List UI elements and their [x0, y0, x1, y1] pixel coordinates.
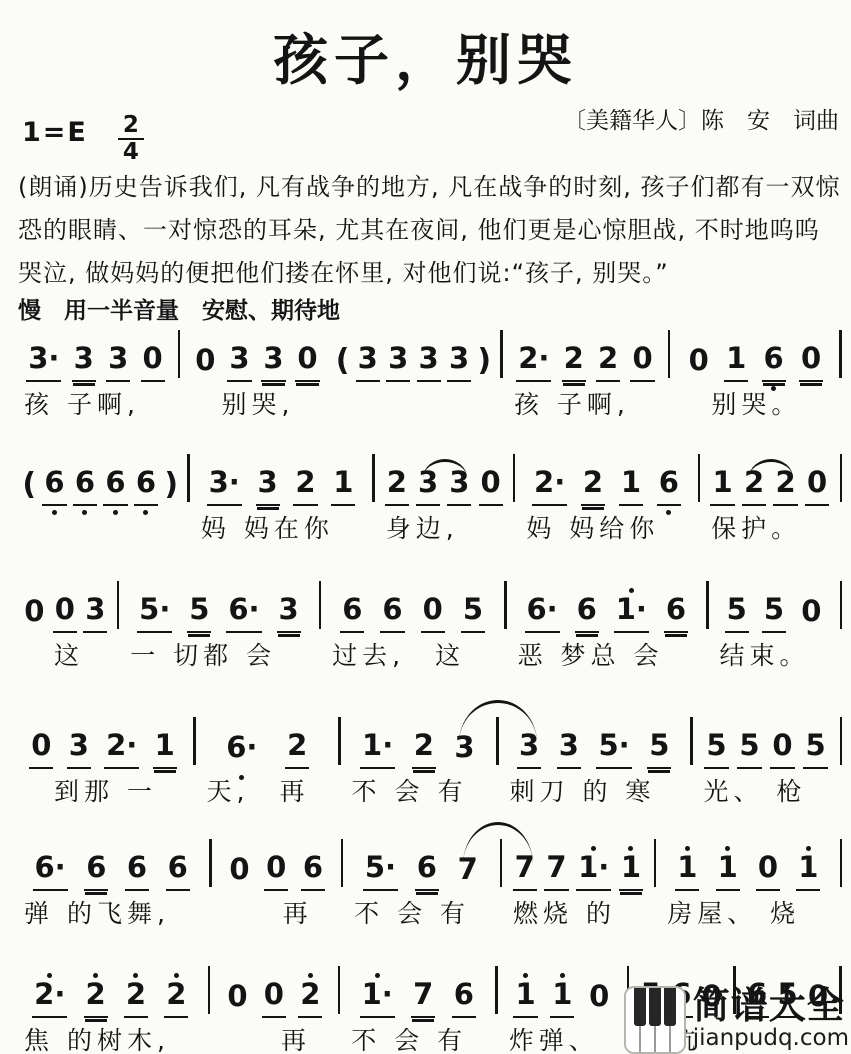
note: 1	[724, 343, 748, 382]
note: 2	[385, 467, 409, 506]
measure: 6·666弹 的飞舞,	[16, 837, 206, 928]
barline	[654, 839, 657, 887]
barline	[840, 454, 843, 502]
measure: 3·321妈 妈在你	[193, 452, 369, 543]
note: 2	[562, 343, 586, 382]
note: 1·	[576, 852, 611, 891]
lyric-line: 结束。	[712, 636, 837, 670]
note: 5	[737, 730, 761, 769]
note: 3	[256, 467, 280, 506]
measure: (3333)	[329, 328, 497, 419]
note: 5	[803, 730, 827, 769]
score-system: 032·1 到那 一6·2天, 再1·23不 会 有335·5刺刀 的 寒550…	[16, 715, 845, 806]
note: 0	[141, 343, 165, 382]
note: 6·	[226, 594, 261, 633]
lyric-line	[329, 385, 497, 419]
barline	[372, 454, 375, 502]
measure: 6605过去, 这	[324, 579, 501, 670]
score-system: (6666)3·321妈 妈在你2330身边,2·216妈 妈给你1220保护。	[16, 452, 845, 543]
score-system: 003 这5·56·3一 切都 会6605过去, 这6·61·6恶 梦总 会55…	[16, 579, 845, 670]
note: 6	[380, 594, 404, 633]
note: 6	[657, 467, 681, 506]
note: 5	[187, 594, 211, 633]
note: 1	[716, 852, 740, 891]
measure: 2·222焦 的树木,	[16, 964, 205, 1054]
notes-row: 550	[712, 579, 837, 633]
note: 3·	[26, 343, 61, 382]
note: 6	[762, 343, 786, 382]
note: 6	[575, 594, 599, 633]
notes-row: 3·321	[193, 452, 369, 506]
note: 1	[153, 730, 177, 769]
parenthesis: (	[336, 345, 350, 382]
note: 0	[687, 345, 711, 382]
note: 0	[770, 730, 794, 769]
note: 5	[647, 730, 671, 769]
note: 0	[587, 981, 611, 1018]
barline	[706, 581, 709, 629]
lyric-line: 不 会 有	[344, 772, 493, 806]
barline	[209, 839, 212, 887]
barline	[338, 717, 341, 765]
note: 2	[581, 467, 605, 506]
measure: 032·1 到那 一	[16, 715, 190, 806]
note: 3	[356, 343, 380, 382]
song-title: 孩子，别哭	[0, 16, 851, 95]
note: 3	[261, 343, 285, 382]
recitation-line: 恐的眼睛、一对惊恐的耳朵, 尤其在夜间, 他们更是心惊胆战, 不时地呜呜	[18, 209, 841, 252]
measure: 1101房屋、 烧	[659, 837, 836, 928]
slur-arc	[463, 822, 533, 865]
note: 3	[227, 343, 251, 382]
notes-row: 110	[501, 964, 624, 1018]
note: 1	[675, 852, 699, 891]
notes-row: 0330	[183, 328, 329, 382]
notes-row: 6·61·6	[510, 579, 703, 633]
note: 3	[447, 343, 471, 382]
note: 3	[557, 730, 581, 769]
time-denominator: 4	[118, 140, 144, 164]
note: 2	[293, 467, 317, 506]
note: 6·	[525, 594, 560, 633]
measure: 6·2天, 再	[199, 715, 336, 806]
note: 6	[452, 979, 476, 1018]
notes-row: (6666)	[16, 452, 184, 506]
lyric-line: 过去, 这	[324, 636, 501, 670]
lyric-line: 刺刀 的 寒	[502, 772, 687, 806]
note: 6·	[33, 852, 68, 891]
notes-row: 2·220	[506, 328, 665, 382]
note: 6	[415, 852, 439, 891]
note: 3	[386, 343, 410, 382]
measure: 2·216妈 妈给你	[518, 452, 694, 543]
barline	[839, 330, 842, 378]
recitation-line: 哭泣, 做妈妈的便把他们搂在怀里, 对他们说:“孩子, 别哭。”	[18, 252, 841, 295]
note: 2·	[516, 343, 551, 382]
note: 2	[298, 979, 322, 1018]
barline	[840, 717, 843, 765]
barline	[840, 581, 843, 629]
note: 6	[84, 852, 108, 891]
note: 0	[799, 596, 823, 633]
notes-row: 2·222	[16, 964, 205, 1018]
note: 0	[262, 979, 286, 1018]
note: 5·	[596, 730, 631, 769]
note: 0	[225, 981, 249, 1018]
time-numerator: 2	[118, 114, 144, 140]
lyric-line: 妈 妈在你	[193, 509, 369, 543]
lyric-line: 保护。	[703, 509, 836, 543]
piano-keys-icon	[624, 986, 686, 1054]
note: 7	[411, 979, 435, 1018]
lyric-line: 孩 子啊,	[506, 385, 665, 419]
barline	[513, 454, 516, 502]
note: 0	[805, 467, 829, 506]
lyric-line: 光、 枪	[696, 772, 837, 806]
note: 1	[513, 979, 537, 1018]
note: 6	[301, 852, 325, 891]
recitation-line: (朗诵)历史告诉我们, 凡有战争的地方, 凡在战争的时刻, 孩子们都有一双惊	[18, 166, 841, 209]
note: 3	[417, 343, 441, 382]
note: 5	[461, 594, 485, 633]
score-system: 3·330孩 子啊,0330 别哭,(3333)2·220孩 子啊,0160 别…	[16, 328, 845, 419]
note: 0	[630, 343, 654, 382]
barline	[840, 839, 843, 887]
barline	[668, 330, 671, 378]
barline	[178, 330, 181, 378]
measure: 5·56·3一 切都 会	[122, 579, 315, 670]
score: 3·330孩 子啊,0330 别哭,(3333)2·220孩 子啊,0160 别…	[16, 326, 845, 1054]
measure: 0330 别哭,	[183, 328, 329, 419]
note: 1	[550, 979, 574, 1018]
score-system: 6·666弹 的飞舞,006 再5·67不 会 有771·1燃烧 的1101房屋…	[16, 837, 845, 928]
barline	[690, 717, 693, 765]
note: 2	[596, 343, 620, 382]
note: 3	[67, 730, 91, 769]
note: 2	[285, 730, 309, 769]
barline	[495, 966, 498, 1014]
barline	[504, 581, 507, 629]
note: 3	[106, 343, 130, 382]
note: 1	[619, 852, 643, 891]
barline	[341, 839, 344, 887]
notes-row: 032·1	[16, 715, 190, 769]
notes-row: 006	[215, 837, 338, 891]
note: 3·	[207, 467, 242, 506]
notes-row: 6·2	[199, 715, 336, 769]
note: 1	[710, 467, 734, 506]
recitation-paragraph: (朗诵)历史告诉我们, 凡有战争的地方, 凡在战争的时刻, 孩子们都有一双惊 恐…	[18, 166, 841, 295]
tempo-marking: 慢 用一半音量 安慰、期待地	[18, 292, 340, 325]
note: 6	[664, 594, 688, 633]
note: 6	[42, 467, 66, 506]
watermark-site-name: 简谱大全	[693, 986, 849, 1026]
note: 5·	[363, 852, 398, 891]
note: 0	[799, 343, 823, 382]
note: 1·	[614, 594, 649, 633]
measure: (6666)	[16, 452, 184, 543]
lyric-line: 别哭,	[183, 385, 329, 419]
note: 0	[227, 854, 251, 891]
measure: 006 再	[215, 837, 338, 928]
lyric-line: 恶 梦总 会	[510, 636, 703, 670]
note: 6·	[224, 732, 259, 769]
note: 2	[164, 979, 188, 1018]
watermark: 简谱大全 jianpudq.com	[624, 986, 849, 1054]
barline	[338, 966, 341, 1014]
note: 6	[103, 467, 127, 506]
lyric-line: 燃烧 的	[505, 894, 651, 928]
lyric-line: 弹 的飞舞,	[16, 894, 206, 928]
lyric-line: 身边,	[378, 509, 510, 543]
lyric-line	[16, 509, 184, 543]
lyric-line: 房屋、 烧	[659, 894, 836, 928]
parenthesis: (	[22, 469, 36, 506]
note: 0	[22, 596, 46, 633]
measure: 002 再	[213, 964, 335, 1054]
note: 6	[166, 852, 190, 891]
note: 0	[479, 467, 503, 506]
note: 6	[125, 852, 149, 891]
note: 6	[73, 467, 97, 506]
note: 1	[331, 467, 355, 506]
barline	[319, 581, 322, 629]
note: 5	[704, 730, 728, 769]
measure: 2·220孩 子啊,	[506, 328, 665, 419]
note: 6	[340, 594, 364, 633]
note: 5	[762, 594, 786, 633]
composer-credit: 〔美籍华人〕陈 安 词曲	[563, 102, 839, 135]
note: 0	[53, 594, 77, 633]
lyric-line: 焦 的树木,	[16, 1021, 205, 1054]
lyric-line: 到那 一	[16, 772, 190, 806]
measure: 5505光、 枪	[696, 715, 837, 806]
note: 2·	[32, 979, 67, 1018]
lyric-line: 不 会 有	[346, 894, 496, 928]
parenthesis: )	[164, 469, 178, 506]
measure: 1·76不 会 有	[343, 964, 492, 1054]
note: 1	[619, 467, 643, 506]
note: 0	[193, 345, 217, 382]
measure: 110炸弹、	[501, 964, 624, 1054]
note: 1	[796, 852, 820, 891]
note: 7	[544, 852, 568, 891]
notes-row: 6·666	[16, 837, 206, 891]
time-signature: 2 4	[118, 114, 144, 164]
measure: 0160 别哭。	[673, 328, 836, 419]
notes-row: 2·216	[518, 452, 694, 506]
lyric-line: 天, 再	[199, 772, 336, 806]
note: 6	[134, 467, 158, 506]
lyric-line: 别哭。	[673, 385, 836, 419]
note: 1·	[360, 979, 395, 1018]
key-label: 1=E	[22, 116, 88, 150]
lyric-line: 孩 子啊,	[16, 385, 175, 419]
note: 2·	[104, 730, 139, 769]
note: 3	[277, 594, 301, 633]
slur-arc	[459, 700, 537, 743]
notes-row: 0160	[673, 328, 836, 382]
measure: 003 这	[16, 579, 114, 670]
notes-row: 5·56·3	[122, 579, 315, 633]
note: 3	[72, 343, 96, 382]
notes-row: (3333)	[329, 328, 497, 382]
note: 0	[295, 343, 319, 382]
note: 0	[264, 852, 288, 891]
note: 2	[124, 979, 148, 1018]
note: 1·	[360, 730, 395, 769]
note: 3	[83, 594, 107, 633]
note: 0	[421, 594, 445, 633]
lyric-line: 再	[213, 1021, 335, 1054]
notes-row: 1·76	[343, 964, 492, 1018]
barline	[193, 717, 196, 765]
notes-row: 5505	[696, 715, 837, 769]
barline	[208, 966, 211, 1014]
note: 2·	[532, 467, 567, 506]
barline	[698, 454, 701, 502]
note: 5	[725, 594, 749, 633]
measure: 550结束。	[712, 579, 837, 670]
note: 0	[756, 852, 780, 891]
lyric-line: 再	[215, 894, 338, 928]
parenthesis: )	[477, 345, 491, 382]
lyric-line: 一 切都 会	[122, 636, 315, 670]
note: 0	[29, 730, 53, 769]
notes-row: 003	[16, 579, 114, 633]
notes-row: 3·330	[16, 328, 175, 382]
barline	[500, 330, 503, 378]
measure: 3·330孩 子啊,	[16, 328, 175, 419]
measure: 6·61·6恶 梦总 会	[510, 579, 703, 670]
watermark-site-domain: jianpudq.com	[693, 1026, 849, 1051]
barline	[117, 581, 120, 629]
note: 5·	[137, 594, 172, 633]
notes-row: 002	[213, 964, 335, 1018]
lyric-line: 不 会 有	[343, 1021, 492, 1054]
key-signature: 1=E 2 4	[22, 116, 144, 164]
note: 2	[412, 730, 436, 769]
notes-row: 1101	[659, 837, 836, 891]
lyric-line: 炸弹、	[501, 1021, 624, 1054]
note: 2	[84, 979, 108, 1018]
notes-row: 6605	[324, 579, 501, 633]
lyric-line: 这	[16, 636, 114, 670]
barline	[187, 454, 190, 502]
